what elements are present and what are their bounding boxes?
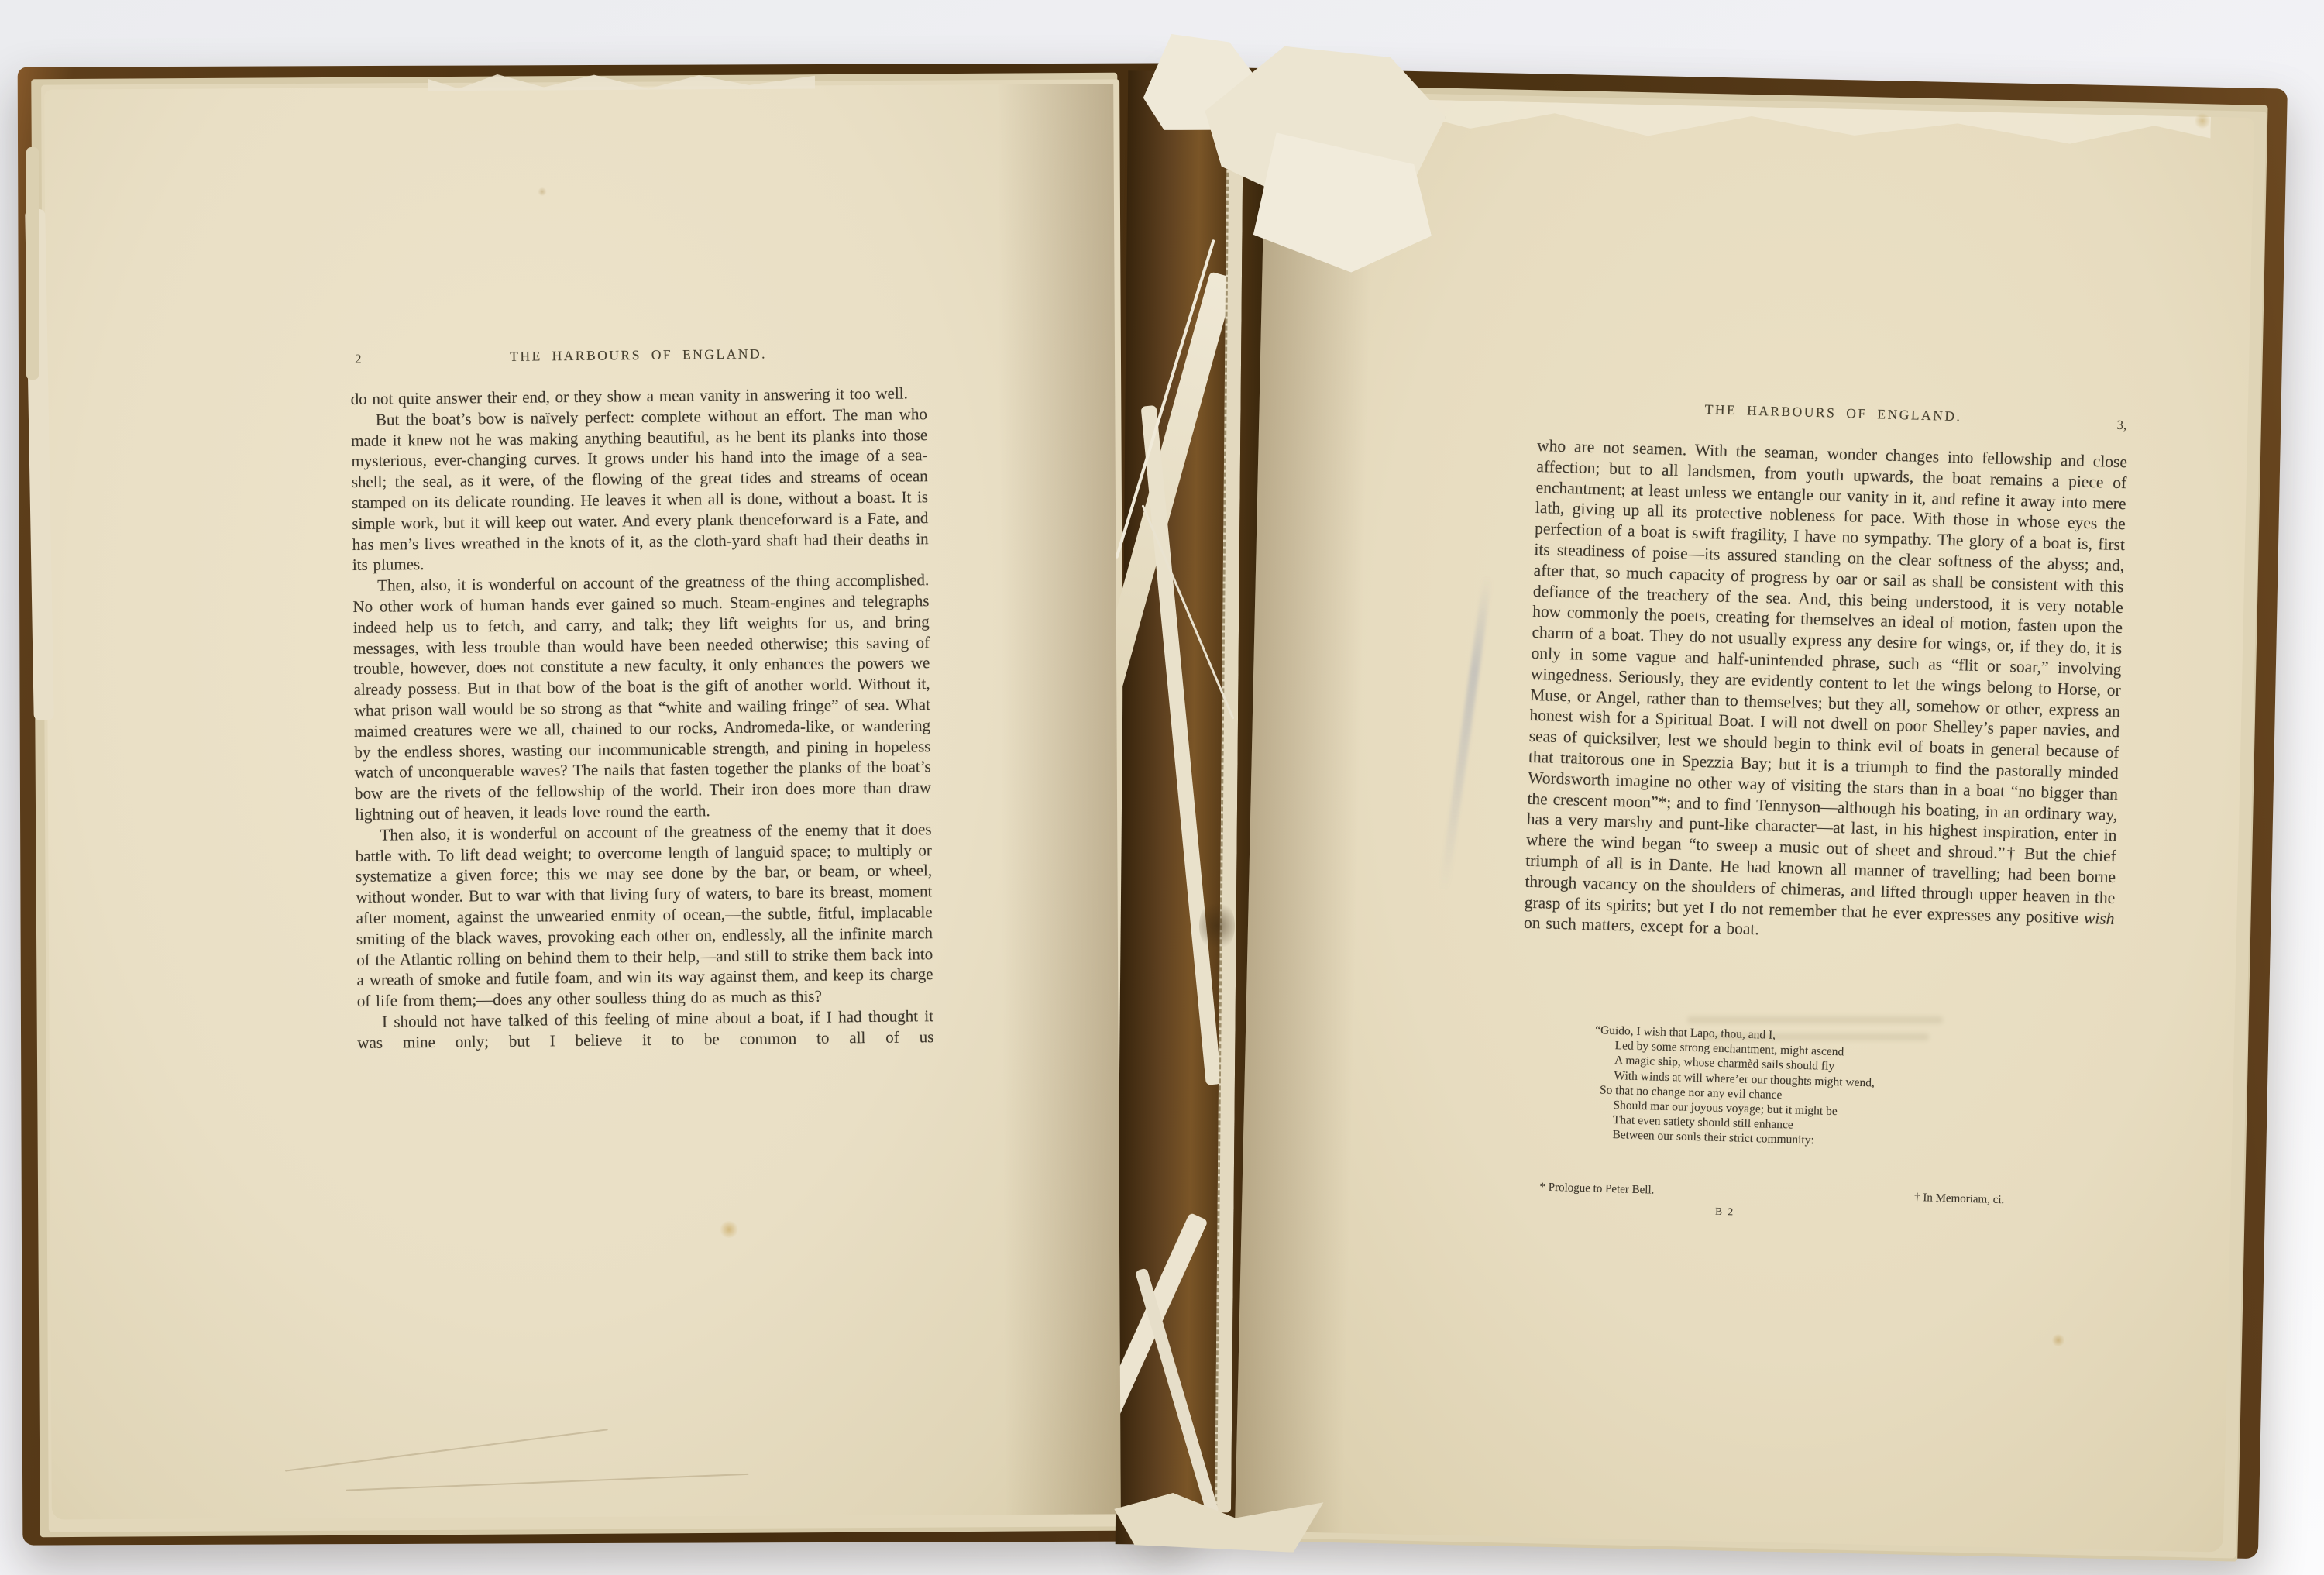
foxing-spot bbox=[2194, 113, 2211, 129]
paper-crease bbox=[285, 1429, 608, 1471]
gutter-shadow bbox=[997, 84, 1121, 1515]
footnote-right: † In Memoriam, ci. bbox=[1914, 1192, 2005, 1207]
torn-paper-strip bbox=[1141, 405, 1222, 1085]
page-number-left: 2 bbox=[355, 352, 362, 367]
left-page-body: do not quite answer their end, or they s… bbox=[351, 383, 934, 1053]
body-text-segment: who are not seamen. With the seaman, won… bbox=[1524, 436, 2127, 927]
paragraph: who are not seamen. With the seaman, won… bbox=[1524, 435, 2128, 950]
gutter-stain bbox=[1199, 899, 1235, 953]
left-page-text: 2 THE HARBOURS OF ENGLAND. do not quite … bbox=[350, 344, 933, 1053]
right-page-text: THE HARBOURS OF ENGLAND. 3, who are not … bbox=[1516, 397, 2129, 1228]
book-photo: 2 THE HARBOURS OF ENGLAND. do not quite … bbox=[0, 0, 2324, 1575]
dante-quotation-poem: “Guido, I wish that Lapo, thou, and I, L… bbox=[1592, 1023, 2111, 1156]
paragraph: Then also, it is wonderful on account of… bbox=[355, 819, 933, 1012]
stitched-page-edge bbox=[1215, 164, 1243, 1512]
foxing-spot bbox=[719, 1221, 739, 1238]
footnote-left: * Prologue to Peter Bell. bbox=[1539, 1181, 1654, 1197]
loose-sheet-edge bbox=[26, 147, 39, 380]
paragraph: I should not have talked of this feeling… bbox=[357, 1006, 934, 1053]
paragraph: But the boat’s bow is naïvely perfect: c… bbox=[351, 404, 929, 576]
italic-word-wish: wish bbox=[2084, 908, 2115, 927]
right-page-body: who are not seamen. With the seaman, won… bbox=[1521, 435, 2128, 1031]
foxing-spot bbox=[538, 187, 547, 196]
paragraph: Then, also, it is wonderful on account o… bbox=[352, 569, 931, 824]
torn-paper-strip bbox=[1135, 1267, 1219, 1516]
page-number-right: 3, bbox=[2116, 418, 2126, 433]
foxing-spot bbox=[2051, 1334, 2065, 1346]
paper-crease bbox=[346, 1474, 749, 1491]
